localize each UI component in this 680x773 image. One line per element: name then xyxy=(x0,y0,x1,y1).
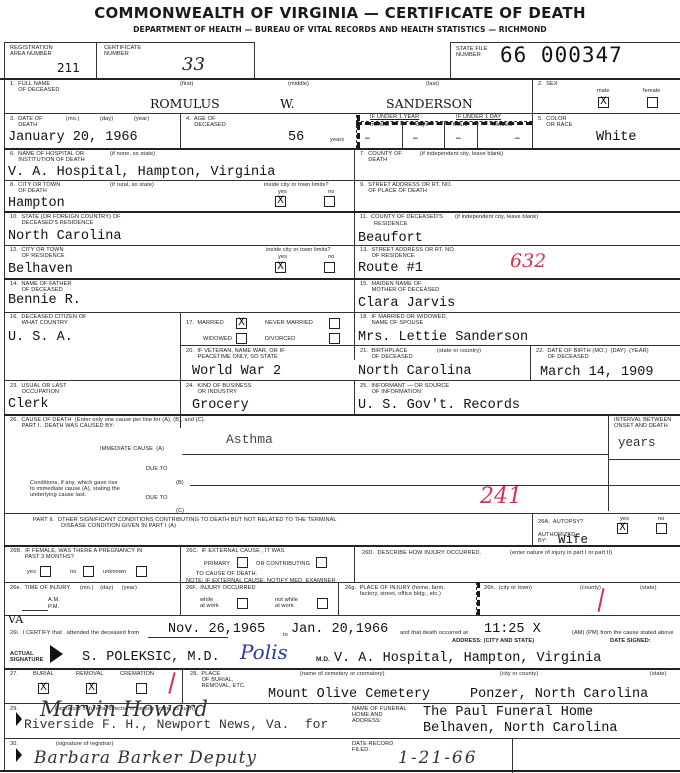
deceased-first-name: ROMULUS xyxy=(150,97,220,111)
pregnancy-unknown-checkbox[interactable] xyxy=(136,566,147,577)
divorced-label: DIVORCED xyxy=(265,336,295,342)
cremation-label: CREMATION xyxy=(120,671,154,677)
physician-name: S. POLEKSIC, M.D. xyxy=(82,651,220,665)
field-11-label: 11. COUNTY OF DECEASED'S xyxy=(360,214,443,220)
burial-location: Ponzer, North Carolina xyxy=(470,688,648,702)
divider xyxy=(4,113,680,114)
divider xyxy=(530,345,531,380)
divider xyxy=(4,545,680,547)
veteran-war: World War 2 xyxy=(192,365,281,379)
frame-left xyxy=(4,78,5,770)
death-inside-limits-no[interactable] xyxy=(324,196,335,207)
attended-to: Jan. 20,1966 xyxy=(291,623,388,637)
contributing-checkbox[interactable] xyxy=(316,557,327,568)
middle-name-label: (middle) xyxy=(288,81,309,87)
field-4-label: 4. AGE OF DECEASED xyxy=(186,116,226,128)
field-8-label: 8. CITY OR TOWN OF DEATH xyxy=(10,182,60,194)
divider xyxy=(4,380,680,381)
cause-b-label: (B) xyxy=(176,480,184,486)
pregnancy-no-label: no xyxy=(70,569,76,575)
city-limits-label: inside city or town limits? xyxy=(264,182,329,188)
yes-label: yes xyxy=(278,254,287,260)
occurred-label: and that death occurred at xyxy=(400,630,468,636)
pregnancy-yes-checkbox[interactable] xyxy=(40,566,51,577)
under-day-label: IF UNDER 1 DAY xyxy=(456,114,501,120)
pregnancy-no-checkbox[interactable] xyxy=(83,566,94,577)
hours-label: hours xyxy=(453,122,468,128)
date-filed-value: 1-21-66 xyxy=(398,748,478,768)
field-14-label: 14. NAME OF FATHER OF DECEASED xyxy=(10,281,71,293)
field-11-sub: RESIDENCE xyxy=(374,221,408,227)
cause-b-line xyxy=(190,485,608,486)
divider xyxy=(180,345,680,346)
pregnancy-yes-label: yes xyxy=(27,569,36,575)
first-name-label: (first) xyxy=(180,81,193,87)
divider xyxy=(476,582,480,615)
divider xyxy=(0,78,680,80)
immediate-cause-value: Asthma xyxy=(226,433,273,447)
due-to-label-1: DUE TO xyxy=(146,466,168,472)
cemetery-name: Mount Olive Cemetery xyxy=(268,688,430,702)
divider xyxy=(608,414,609,511)
male-label: male xyxy=(597,88,610,94)
divider xyxy=(4,738,680,739)
female-label: female xyxy=(643,88,660,94)
date-mo-label: (mo.) xyxy=(66,116,80,122)
field-3-label: 3. DATE OF DEATH xyxy=(10,116,43,128)
no-label: no xyxy=(328,254,334,260)
divider xyxy=(96,42,97,78)
not-while-at-work-checkbox[interactable] xyxy=(317,598,328,609)
residence-city: Belhaven xyxy=(8,263,73,277)
field-26h-label: 26h. (city or town) xyxy=(484,585,532,591)
field-6-hint: (if none, so state) xyxy=(110,151,155,157)
industry: Grocery xyxy=(192,399,249,413)
field-25-label: 25. INFORMANT — OR SOURCE OF INFORMATION xyxy=(360,383,449,395)
state-file-label: STATE FILE NUMBER xyxy=(456,46,488,58)
divider xyxy=(4,180,680,181)
divider xyxy=(450,42,451,78)
removal-label: REMOVAL xyxy=(76,671,104,677)
divider xyxy=(608,485,680,486)
male-checkbox[interactable]: X xyxy=(598,97,609,108)
date-year-label: (year) xyxy=(134,116,149,122)
field-8-hint: (if rural, so state) xyxy=(110,182,154,188)
divider xyxy=(254,42,255,78)
cremation-checkbox[interactable] xyxy=(136,683,147,694)
residence-inside-limits-no[interactable] xyxy=(324,262,335,273)
residence-inside-limits-yes[interactable]: X xyxy=(275,262,286,273)
field-20-label: 20. IF VETERAN, name war, or if peacetim… xyxy=(186,348,285,360)
never-married-checkbox[interactable] xyxy=(329,318,340,329)
residence-county: Beaufort xyxy=(358,232,423,246)
never-married-label: NEVER MARRIED xyxy=(265,320,313,326)
widowed-checkbox[interactable] xyxy=(236,333,247,344)
field-13-label: 13. STREET ADDRESS OR RT. NO. OF RESIDEN… xyxy=(360,247,455,259)
cemetery-hint: (name of cemetery or crematory) xyxy=(300,671,385,677)
certificate-number-value: 33 xyxy=(182,54,205,75)
birthplace: North Carolina xyxy=(358,365,471,379)
residence-limits-label: inside city or town limits? xyxy=(266,247,331,253)
field-21-label: 21. BIRTHPLACE OF DECEASED xyxy=(360,348,413,360)
divider xyxy=(4,148,680,150)
divider xyxy=(512,738,513,773)
date-of-death: January 20, 1966 xyxy=(8,131,138,145)
divider xyxy=(4,42,5,78)
residence-street: Route #1 xyxy=(358,262,423,276)
age-value: 56 xyxy=(288,131,304,145)
field-24-label: 24. KIND OF BUSINESS OR INDUSTRY xyxy=(186,383,252,395)
married-checkbox[interactable]: X xyxy=(236,318,247,329)
citizenship: U. S. A. xyxy=(8,331,73,345)
divider xyxy=(4,278,680,280)
date-of-birth: March 14, 1909 xyxy=(540,366,653,380)
pregnancy-unknown-label: unknown xyxy=(103,569,126,575)
divider xyxy=(338,582,339,615)
cause-a-line xyxy=(182,454,608,455)
actual-signature-label: ACTUAL SIGNATURE xyxy=(10,651,43,663)
divider xyxy=(4,312,680,313)
to-label: to xyxy=(283,632,288,638)
field-30-label: 30. xyxy=(10,741,18,747)
divorced-checkbox[interactable] xyxy=(329,333,340,344)
divider xyxy=(4,414,680,416)
field-26e-label: 26e. TIME OF INJURY (mo.) (day) (year) xyxy=(10,585,137,591)
field-1-label: 1. FULL NAME OF DECEASED xyxy=(10,81,59,93)
divider xyxy=(4,245,680,246)
minutes-value: – xyxy=(514,132,521,146)
deceased-middle-name: W. xyxy=(280,97,295,111)
red-pen-mark xyxy=(598,588,605,612)
divider xyxy=(4,42,254,43)
autopsy-no-checkbox[interactable] xyxy=(656,523,667,534)
residence-state: North Carolina xyxy=(8,230,121,244)
field-21-hint: (state or country) xyxy=(437,348,481,354)
age-unit: years xyxy=(330,137,344,143)
registrar-signature: Barbara Barker Deputy xyxy=(34,748,257,768)
time-of-death: 11:25 X xyxy=(484,623,541,637)
field-17-label: 17. MARRIED xyxy=(186,320,224,326)
city-of-death: Hampton xyxy=(8,197,65,211)
state-file-number: 66 000347 xyxy=(500,43,623,67)
pm-label: P.M. xyxy=(48,604,59,610)
primary-label: PRIMARY xyxy=(204,561,230,567)
father-name: Bennie R. xyxy=(8,294,81,308)
attended-from: Nov. 26,1965 xyxy=(168,623,265,637)
conditions-note: Conditions, if any, which gave rise to i… xyxy=(30,480,120,499)
days-value: – xyxy=(412,132,419,146)
burial-checkbox[interactable]: X xyxy=(38,683,49,694)
time-line xyxy=(22,610,48,611)
race-value: White xyxy=(596,131,637,145)
field-27-label: 27. xyxy=(10,671,18,677)
widowed-label: WIDOWED xyxy=(203,336,232,342)
date-signed-label: DATE SIGNED: xyxy=(610,638,651,644)
field-28-label: 28. PLACE OF BURIAL, REMOVAL, ETC. xyxy=(190,671,246,690)
field-23-label: 23. USUAL OR LAST OCCUPATION xyxy=(10,383,67,395)
divider xyxy=(4,615,680,616)
certificate-number-label: CERTIFICATE NUMBER xyxy=(104,45,141,57)
divider xyxy=(0,770,680,772)
divider xyxy=(4,582,680,583)
va-annotation: VA xyxy=(8,613,23,627)
death-inside-limits-yes[interactable]: X xyxy=(275,196,286,207)
autopsy-yes-checkbox[interactable]: X xyxy=(617,523,628,534)
days-label: days xyxy=(416,122,428,128)
divider xyxy=(180,545,181,615)
ampm-label: (AM) (PM) from the cause stated above xyxy=(572,630,674,636)
date-day-label: (day) xyxy=(100,116,113,122)
address-label: ADDRESS: (CITY AND STATE) xyxy=(452,638,534,644)
field-2-label: 2. SEX xyxy=(538,81,558,87)
field-6-label: 6. NAME OF HOSPITAL OR INSTITUTION OF DE… xyxy=(10,151,85,163)
field-18-label: 18. IF MARRIED OR WIDOWED, NAME OF SPOUS… xyxy=(360,314,447,326)
occupation: Clerk xyxy=(8,398,49,412)
state-hint: (state) xyxy=(650,671,667,677)
last-name-label: (last) xyxy=(426,81,439,87)
field-22-label: 22. DATE OF BIRTH (mo.) (day) (year) OF … xyxy=(536,348,649,360)
immediate-cause-label: IMMEDIATE CAUSE (A) xyxy=(100,446,164,452)
field-10-label: 10. STATE (OR FOREIGN COUNTRY) OF DECEAS… xyxy=(10,214,121,226)
field-26d-hint: (enter nature of injury in part I or par… xyxy=(510,550,612,556)
autopsy-label: 26a. AUTOPSY? xyxy=(538,519,583,525)
field-26d-label: 26d. DESCRIBE HOW INJURY OCCURRED. xyxy=(362,550,481,556)
funeral-home-label: NAME OF FUNERAL HOME AND ADDRESS: xyxy=(352,706,407,725)
cause-of-death-label: 26. CAUSE OF DEATH (Enter only one cause… xyxy=(10,417,205,429)
divider xyxy=(444,121,445,148)
md-label: M.D. xyxy=(316,657,330,663)
registration-area-label: REGISTRATION AREA NUMBER xyxy=(10,45,53,57)
while-at-work-label: while at work xyxy=(200,597,219,609)
registrar-hint: (signature of registrar) xyxy=(56,741,113,747)
funeral-home-name: The Paul Funeral Home xyxy=(423,706,593,720)
certify-label: 26i. I CERTIFY that attended the decease… xyxy=(10,630,139,636)
field-26g-label: 26g. PLACE OF INJURY (home, farm, factor… xyxy=(345,585,445,597)
divider xyxy=(4,513,680,514)
divider xyxy=(354,545,355,582)
am-label: A.M. xyxy=(48,597,60,603)
state-label: (state) xyxy=(640,585,657,591)
signature-arrow-icon xyxy=(16,712,22,726)
interval-label: INTERVAL BETWEEN ONSET AND DEATH xyxy=(614,417,671,429)
city-county-hint: (city or county) xyxy=(500,671,538,677)
county-label: (county) xyxy=(580,585,601,591)
funeral-director-line: Riverside F. H., Newport News, Va. for xyxy=(24,718,328,732)
divider xyxy=(4,668,680,670)
divider xyxy=(180,113,181,148)
funeral-home-address: Belhaven, North Carolina xyxy=(423,722,617,736)
registration-area-value: 211 xyxy=(57,61,80,75)
not-while-at-work-label: not while at work xyxy=(275,597,298,609)
handwritten-code-241: 241 xyxy=(480,484,522,509)
field-16-label: 16. DECEASED CITIZEN OF WHAT COUNTRY xyxy=(10,314,87,326)
months-value: – xyxy=(364,132,371,146)
primary-checkbox[interactable] xyxy=(237,557,248,568)
burial-label: BURIAL xyxy=(33,671,54,677)
minutes-label: minutes xyxy=(492,122,512,128)
mother-maiden-name: Clara Jarvis xyxy=(358,297,455,311)
field-26f-label: 26f. INJURY OCCURRED xyxy=(186,585,256,591)
field-5-label: 5. COLOR OR RACE xyxy=(538,116,572,128)
part-2-label: PART II. OTHER SIGNIFICANT CONDITIONS CO… xyxy=(33,517,337,529)
no-label: no xyxy=(328,189,334,195)
handwritten-code-632: 632 xyxy=(510,250,546,272)
contributing-label: or CONTRIBUTING xyxy=(256,561,310,567)
informant: U. S. Gov't. Records xyxy=(358,399,520,413)
divider xyxy=(477,121,478,148)
field-12-label: 12. CITY OR TOWN OF RESIDENCE xyxy=(10,247,65,259)
divider xyxy=(402,121,403,148)
field-7-hint: (if independent city, leave blank) xyxy=(420,151,503,157)
certificate-subtitle: DEPARTMENT OF HEALTH — BUREAU OF VITAL R… xyxy=(0,25,680,34)
under-year-label: IF UNDER 1 YEAR xyxy=(370,114,419,120)
field-26c-label: 26c. IF EXTERNAL CAUSE , IT WAS xyxy=(186,548,284,554)
from-line xyxy=(148,637,228,638)
field-11-hint: (if independent city, leave blank) xyxy=(455,214,538,220)
certifier-address: V. A. Hospital, Hampton, Virginia xyxy=(334,652,601,666)
to-cause-label: TO CAUSE OF DEATH. xyxy=(196,571,257,577)
divider xyxy=(354,380,355,414)
divider xyxy=(532,513,533,545)
field-7-label: 7. COUNTY OF DEATH xyxy=(360,151,402,163)
divider xyxy=(608,459,680,460)
divider xyxy=(356,115,360,148)
signature-arrow-icon xyxy=(50,645,63,663)
date-filed-label: DATE RECORD FILED: xyxy=(352,741,393,753)
field-9-label: 9. STREET ADDRESS OR RT. NO. OF PLACE OF… xyxy=(360,182,452,194)
autopsy-no-label: no xyxy=(658,516,664,522)
female-checkbox[interactable] xyxy=(647,97,658,108)
divider xyxy=(4,211,680,213)
certificate-title: COMMONWEALTH OF VIRGINIA — CERTIFICATE O… xyxy=(0,4,680,22)
physician-signature: Polis xyxy=(240,640,288,664)
while-at-work-checkbox[interactable] xyxy=(237,598,248,609)
spouse-name: Mrs. Lettie Sanderson xyxy=(358,331,528,345)
red-pen-mark xyxy=(168,672,175,694)
hospital-value: V. A. Hospital, Hampton, Virginia xyxy=(8,166,275,180)
field-15-label: 15. MAIDEN NAME OF MOTHER OF DECEASED xyxy=(360,281,439,293)
signature-arrow-icon xyxy=(16,748,22,762)
field-26b-label: 26b. IF FEMALE, WAS THERE A PREGNANCY IN… xyxy=(10,548,142,560)
removal-checkbox[interactable]: X xyxy=(86,683,97,694)
due-to-label-2: DUE TO xyxy=(146,495,168,501)
hours-value: – xyxy=(455,132,462,146)
interval-value: years xyxy=(618,436,656,450)
deceased-last-name: SANDERSON xyxy=(386,97,473,111)
divider xyxy=(180,312,181,428)
months-label: months xyxy=(370,122,389,128)
